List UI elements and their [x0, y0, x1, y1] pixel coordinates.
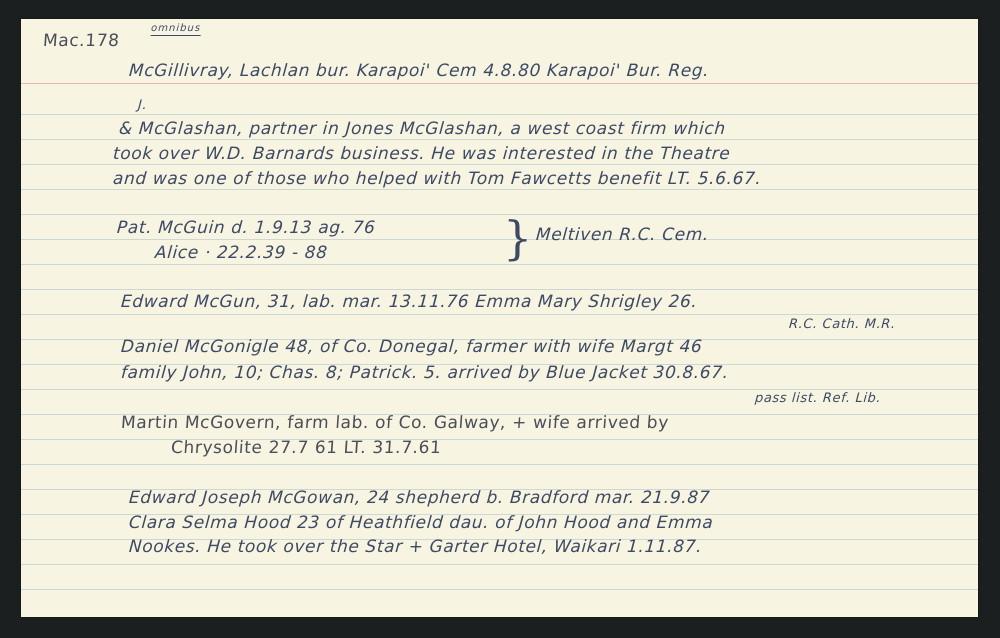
ruled-line [21, 314, 978, 315]
ruled-line [21, 189, 978, 190]
ruled-line [21, 214, 978, 215]
entry-mcgovern-line: Martin McGovern, farm lab. of Co. Galway… [120, 415, 669, 432]
bracket-brace: } [503, 215, 532, 261]
ruled-line [21, 264, 978, 265]
entry-mcgonigle-line: family John, 10; Chas. 8; Patrick. 5. ar… [120, 365, 729, 382]
entry-mcguin-line: Pat. McGuin d. 1.9.13 ag. 76 [116, 220, 376, 237]
catalogue-reference: Mac.178 [42, 33, 120, 50]
ruled-line [21, 564, 978, 565]
ruled-line [21, 464, 978, 465]
topic-tag: omnibus [151, 24, 202, 36]
ruled-line [21, 389, 978, 390]
index-card: Mac.178 omnibus McGillivray, Lachlan bur… [21, 19, 978, 617]
entry-mcglashan-line: took over W.D. Barnards business. He was… [112, 146, 731, 163]
entry-mcgonigle-line: Daniel McGonigle 48, of Co. Donegal, far… [120, 339, 703, 356]
ruled-line [21, 239, 978, 240]
entry-mcgillivray-line: McGillivray, Lachlan bur. Karapoi' Cem 4… [128, 63, 709, 80]
initial-insert: J. [138, 99, 148, 112]
ruled-line [21, 289, 978, 290]
entry-mcgowan-line: Clara Selma Hood 23 of Heathfield dau. o… [128, 515, 714, 532]
ruled-line [21, 114, 978, 115]
entry-mcgovern-line: Chrysolite 27.7 61 LT. 31.7.61 [170, 440, 442, 457]
bracket-note: Meltiven R.C. Cem. [535, 227, 709, 244]
entry-mcgun-line: R.C. Cath. M.R. [789, 318, 897, 331]
entry-mcgowan-line: Edward Joseph McGowan, 24 shepherd b. Br… [128, 490, 710, 507]
entry-mcguin-line: Alice · 22.2.39 - 88 [154, 245, 328, 262]
entry-mcgun-line: Edward McGun, 31, lab. mar. 13.11.76 Emm… [120, 294, 698, 311]
entry-mcgonigle-line: pass list. Ref. Lib. [755, 392, 882, 405]
ruled-line [21, 589, 978, 590]
entry-mcglashan-line: & McGlashan, partner in Jones McGlashan,… [118, 121, 726, 138]
ruled-line [21, 439, 978, 440]
ruled-line [21, 164, 978, 165]
entry-mcglashan-line: and was one of those who helped with Tom… [112, 171, 762, 188]
ruled-line [21, 139, 978, 140]
entry-mcgowan-line: Nookes. He took over the Star + Garter H… [128, 539, 702, 556]
red-header-rule [21, 83, 978, 84]
